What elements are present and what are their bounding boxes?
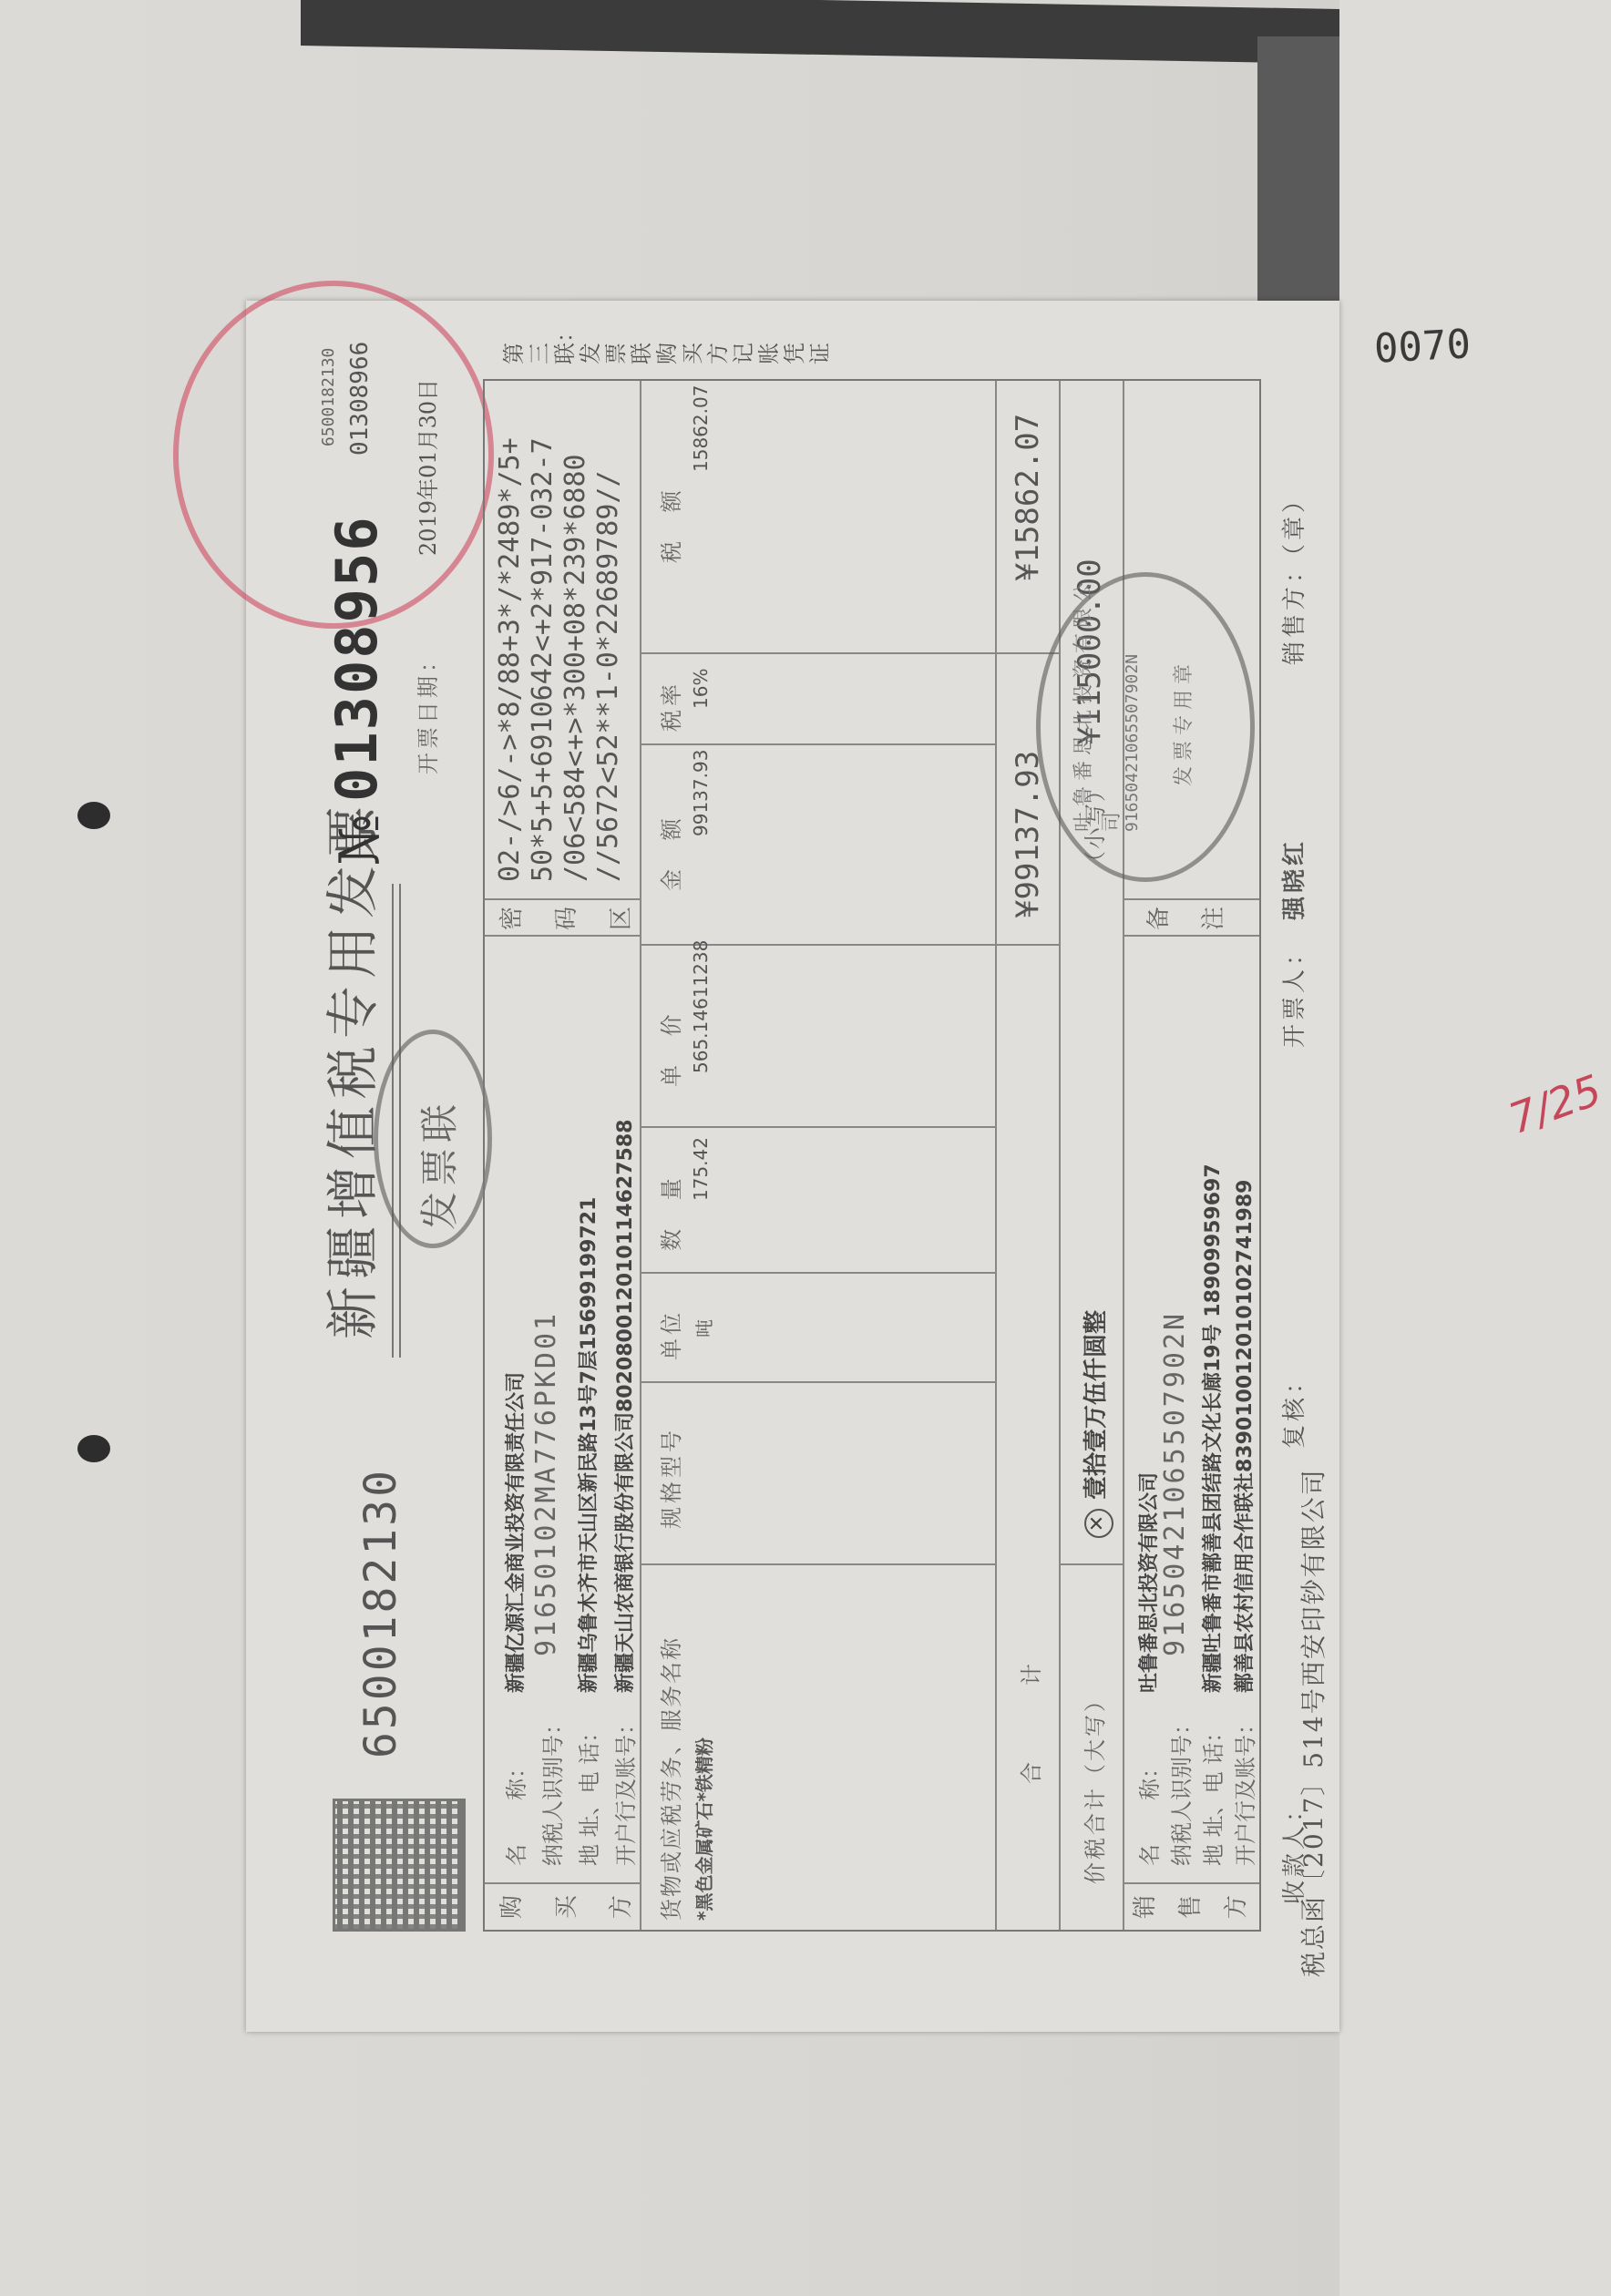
seller-seal-label: 销售方：（章） — [1276, 486, 1309, 665]
col-head-price: 单 价 — [653, 1003, 685, 1087]
buyer-name: 新疆亿源汇金商业投资有限责任公司 — [500, 1372, 528, 1693]
buyer-taxid-label: 纳税人识别号： — [535, 1713, 567, 1866]
binder-hole-icon — [77, 802, 110, 829]
cross-circle-icon: ✕ — [1084, 1509, 1113, 1538]
vat-invoice: 6500182130 新疆增值税专用发票 发票联 № 01308956 6500… — [246, 301, 1339, 2032]
red-company-seal-icon — [173, 281, 494, 629]
buyer-bank-label: 开户行及账号： — [608, 1713, 640, 1866]
col-head-qty: 数 量 — [653, 1167, 685, 1251]
col-head-tax: 税 额 — [653, 479, 685, 563]
buyer-address-label: 地 址、电 话： — [571, 1721, 603, 1866]
seller-taxid-label: 纳税人识别号： — [1164, 1713, 1195, 1866]
buyer-bank-account: 新疆天山农商银行股份有限公司8020800120101146275​88 — [610, 1120, 638, 1693]
cipher-side-title: 密码区 — [485, 900, 649, 937]
item-amount: 99137.93 — [690, 750, 712, 836]
total-in-words: ✕壹拾壹万伍仟圆整 — [1077, 1310, 1113, 1538]
seller-side-title: 销售方 — [1123, 1889, 1259, 1925]
item-name: *黑色金属矿石*铁精粉 — [690, 1737, 716, 1921]
seller-address-label: 地 址、电 话： — [1195, 1721, 1227, 1866]
item-tax: 15862.07 — [690, 385, 712, 472]
buyer-name-label: 名 称： — [498, 1757, 530, 1866]
buyer-tax-id: 91650102MA776PKD01 — [530, 1311, 562, 1656]
invoice-grid: 购买方 名 称： 纳税人识别号： 地 址、电 话： 开户行及账号： 新疆亿源汇金… — [483, 379, 1261, 1932]
seller-address-phone: 新疆吐鲁番市鄯善县团结路文化长廊19号 18909959697 — [1197, 1163, 1226, 1693]
item-price: 565.14611238 — [690, 940, 712, 1073]
copy-side-note: 第三联：发票联 购买方记账凭证 — [501, 328, 833, 364]
dark-background-corner — [1257, 36, 1339, 328]
seller-invoice-seal-icon: 吐鲁番思北投资有限公司 91650421065507902N 发票专用章 — [1036, 572, 1255, 882]
handwritten-page-number: 0070 — [1373, 321, 1472, 372]
buyer-address-phone: 新疆乌鲁木齐市天山区新民路13号7层15699199721 — [573, 1197, 601, 1693]
seller-bank-label: 开户行及账号： — [1227, 1713, 1259, 1866]
issuer-name: 强晓红 — [1276, 838, 1309, 920]
col-head-amount: 金 额 — [653, 807, 685, 891]
subtotal-amount: ¥99137.93 — [1010, 751, 1046, 918]
supervision-seal-icon — [374, 1030, 492, 1248]
col-head-name: 货物或应税劳务、服务名称 — [653, 1636, 685, 1921]
col-head-spec: 规格型号 — [653, 1427, 685, 1529]
printer-info: 税总函〔2017〕514号西安印钞有限公司 — [1294, 1468, 1330, 1977]
binder-hole-icon — [77, 1435, 110, 1462]
subtotal-label: 合 计 — [1013, 1653, 1045, 1784]
invoice-code: 6500182130 — [355, 1468, 406, 1758]
col-head-rate: 税率 — [653, 681, 685, 732]
date-label: 开票日期： — [410, 647, 442, 774]
item-unit: 吨 — [690, 1319, 716, 1338]
cipher-area: 02-/>6/->*8/88+3*/*2489*/5+50*5+5+691064… — [494, 437, 625, 882]
total-words-label: 价税合计（大写） — [1077, 1687, 1109, 1884]
col-head-unit: 单位 — [653, 1309, 685, 1360]
remarks-label: 备注 — [1132, 900, 1241, 937]
number-label: № — [328, 814, 392, 866]
item-rate: 16% — [690, 669, 712, 709]
invoice-rotated: 6500182130 新疆增值税专用发票 发票联 № 01308956 6500… — [246, 301, 1339, 2032]
issuer-label: 开票人： — [1276, 938, 1309, 1048]
reviewer-label: 复核： — [1276, 1367, 1309, 1449]
seller-tax-id: 91650421065507902N — [1159, 1311, 1191, 1656]
subtotal-tax: ¥15862.07 — [1010, 414, 1046, 581]
item-qty: 175.42 — [690, 1137, 712, 1201]
qr-code-icon — [333, 1799, 466, 1932]
seller-bank-account: 鄯善县农村信用合作联社8390100120101027419​89 — [1229, 1180, 1257, 1693]
seller-name: 吐鲁番思北投资有限公司 — [1134, 1472, 1162, 1693]
invoice-title: 新疆增值税专用发票 — [310, 798, 386, 1339]
seller-name-label: 名 称： — [1132, 1757, 1164, 1866]
buyer-side-title: 购买方 — [485, 1889, 649, 1925]
